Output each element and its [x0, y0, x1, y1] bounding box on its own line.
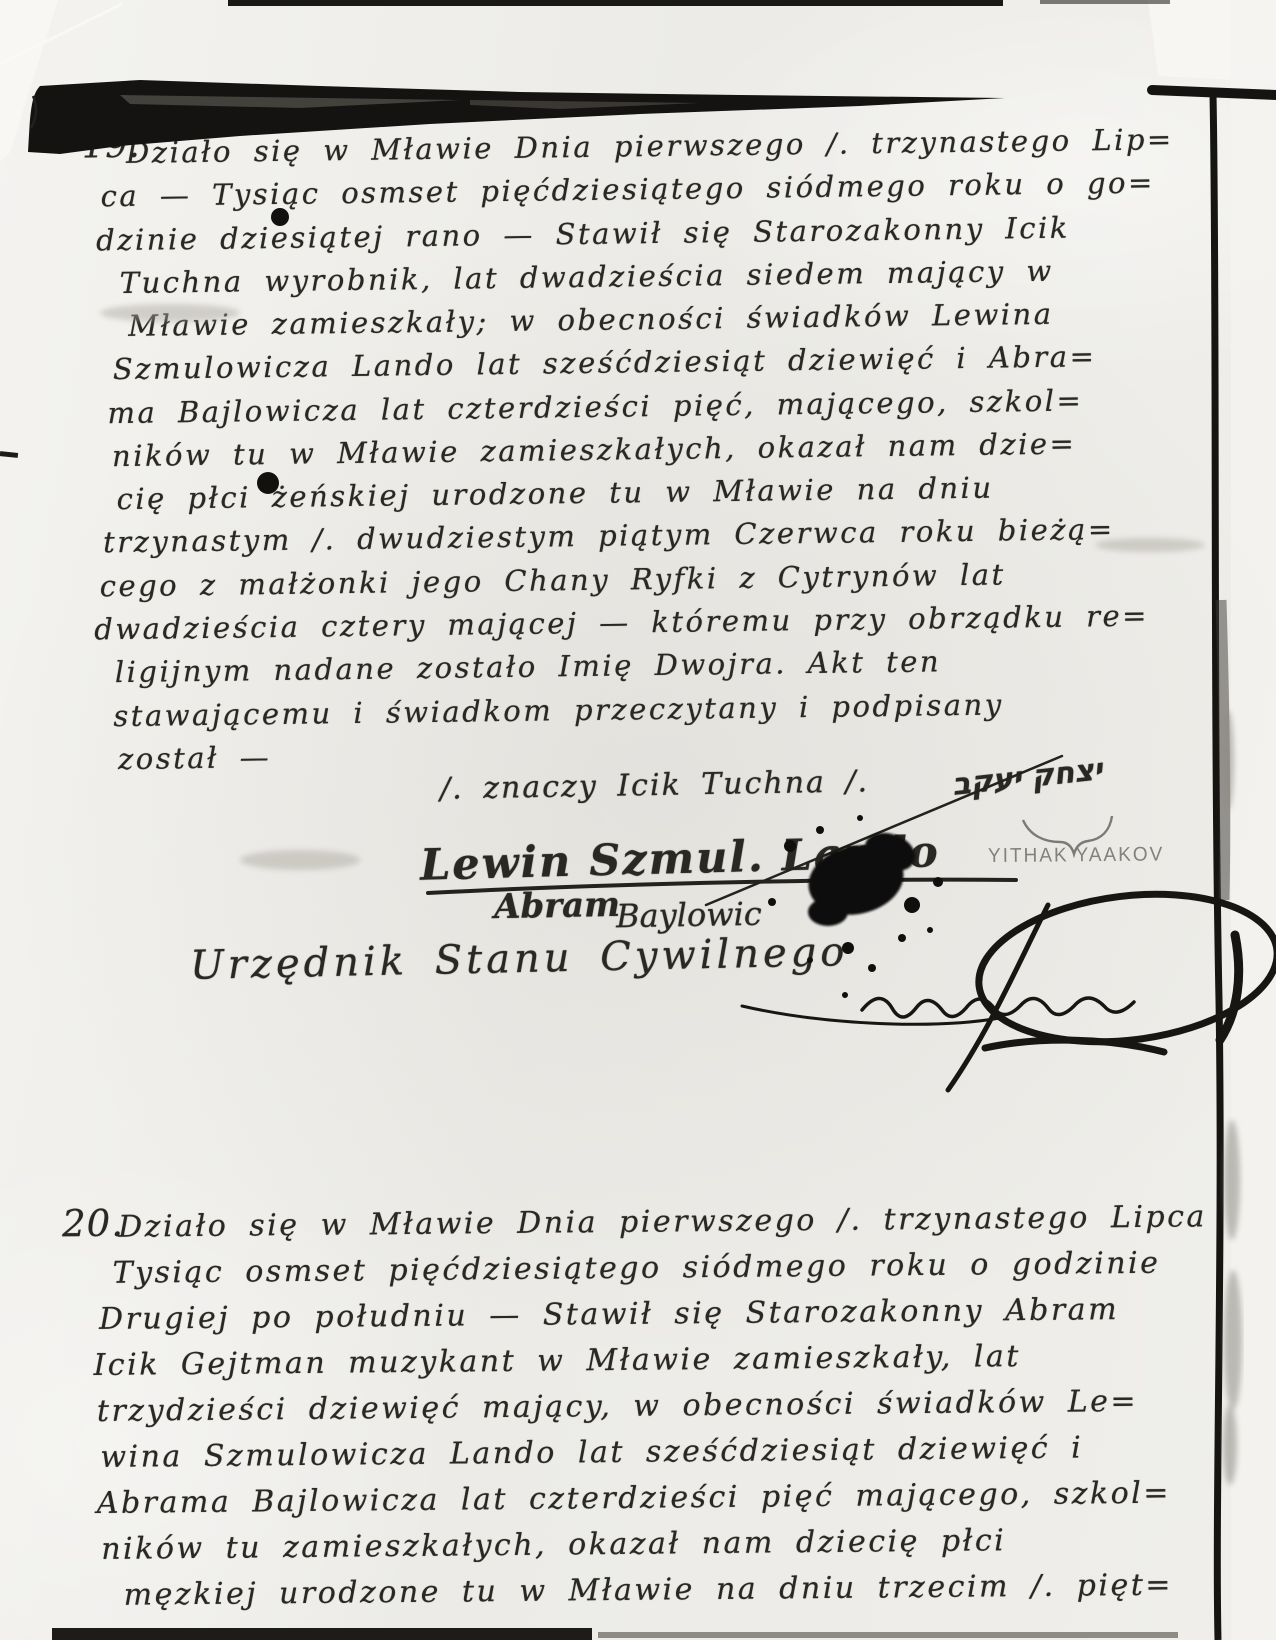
record-20-line: Drugiej po południu — Stawił się Staroza…	[99, 1292, 1119, 1337]
record-20-line: trzydzieści dziewięć mający, w obecności…	[97, 1384, 1138, 1429]
record-20-number: 20.	[62, 1202, 124, 1246]
record-20-line: męzkiej urodzone tu w Mławie na dniu trz…	[124, 1568, 1174, 1613]
record-20-line: Icik Gejtman muzykant w Mławie zamieszka…	[93, 1339, 1021, 1383]
record-20: 20. Działo się w Mławie Dnia pierwszego …	[0, 0, 1276, 1640]
scanned-document-page: 19. Działo się w Mławie Dnia pierwszego …	[0, 0, 1276, 1640]
record-20-line: Działo się w Mławie Dnia pierwszego /. t…	[118, 1199, 1207, 1244]
record-20-line: Abrama Bajlowicza lat czterdzieści pięć …	[97, 1476, 1171, 1521]
record-20-line: wina Szmulowicza Lando lat sześćdziesiąt…	[100, 1430, 1083, 1474]
record-20-line: Tysiąc osmset pięćdziesiątego siódmego r…	[112, 1246, 1160, 1291]
record-20-line: ników tu zamieszkałych, okazał nam dziec…	[101, 1523, 1006, 1567]
